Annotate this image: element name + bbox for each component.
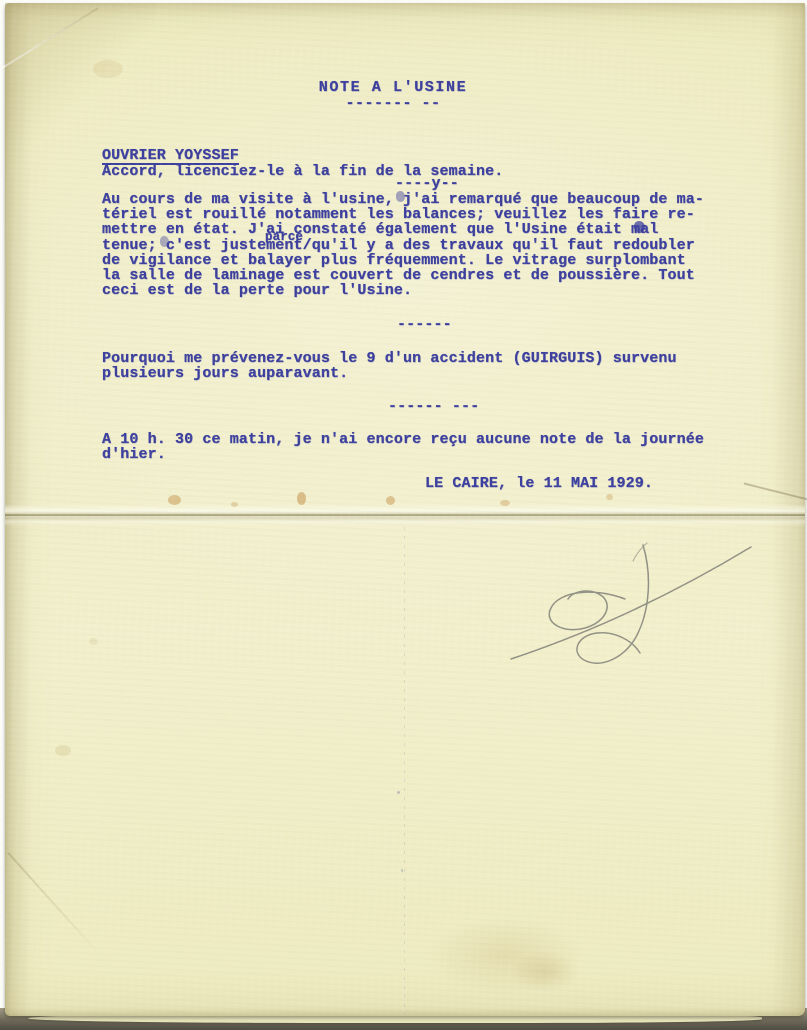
paragraph-line: tenue; c'est justement/qu'il y a des tra… [102, 238, 704, 253]
foxing-spot [168, 495, 181, 505]
ink-overstrike-blot [634, 221, 645, 233]
inspection-paragraph: Au cours de ma visite à l'usine, j'ai re… [102, 192, 704, 298]
foxing-spot [297, 492, 306, 505]
right-fold-crease [744, 483, 807, 502]
ink-speck [397, 791, 400, 794]
paragraph-line: de vigilance et balayer plus fréquemment… [102, 253, 704, 268]
stain [89, 638, 98, 645]
paragraph-line: la salle de laminage est couvert de cend… [102, 268, 704, 283]
foxing-spot [231, 502, 238, 507]
stain [55, 745, 71, 756]
paragraph-line: ceci est de la perte pour l'Usine. [102, 283, 704, 298]
ink-overstrike-blot [396, 191, 405, 202]
title-underline-dashes: ------- -- [293, 96, 493, 111]
foxing-spot [386, 496, 395, 505]
stain [93, 60, 123, 78]
top-edge-shading [5, 3, 805, 19]
accident-paragraph: Pourquoi me prévenez-vous le 9 d'un acci… [102, 351, 677, 381]
signature-pencil-drawing [473, 531, 763, 681]
large-faint-stain [425, 915, 585, 995]
paragraph-line: Pourquoi me prévenez-vous le 9 d'un acci… [102, 351, 677, 366]
separator-dashes: ----y-- [395, 176, 459, 191]
dateline: LE CAIRE, le 11 MAI 1929. [425, 476, 653, 491]
separator-dashes: ------ [397, 317, 452, 332]
foxing-spot [500, 500, 510, 506]
horizontal-fold-crease [5, 504, 805, 526]
foxing-spot [606, 494, 613, 500]
note-title: NOTE A L'USINE [293, 80, 493, 95]
paragraph-line: d'hier. [102, 447, 704, 462]
left-edge-shading [5, 3, 31, 1016]
ink-overstrike-blot [160, 236, 169, 247]
paragraph-line: tériel est rouillé notamment les balance… [102, 207, 704, 222]
paragraph-line: plusieurs jours auparavant. [102, 366, 677, 381]
vertical-fold-crease [404, 527, 405, 1015]
paper-sheet: NOTE A L'USINE ------- -- OUVRIER YOYSSE… [5, 3, 805, 1016]
paragraph-line: A 10 h. 30 ce matin, je n'ai encore reçu… [102, 432, 704, 447]
separator-dashes: ------ --- [388, 399, 479, 414]
morning-note-paragraph: A 10 h. 30 ce matin, je n'ai encore reçu… [102, 432, 704, 462]
right-edge-shading [771, 3, 805, 1016]
corner-crease [0, 7, 98, 72]
ink-speck [401, 869, 403, 872]
fold-line [5, 514, 805, 516]
bottom-left-crease [7, 852, 102, 957]
stain [510, 951, 580, 993]
paragraph-line: mettre en état. J'ai constaté également … [102, 222, 704, 237]
interline-insertion: parce [265, 230, 303, 244]
